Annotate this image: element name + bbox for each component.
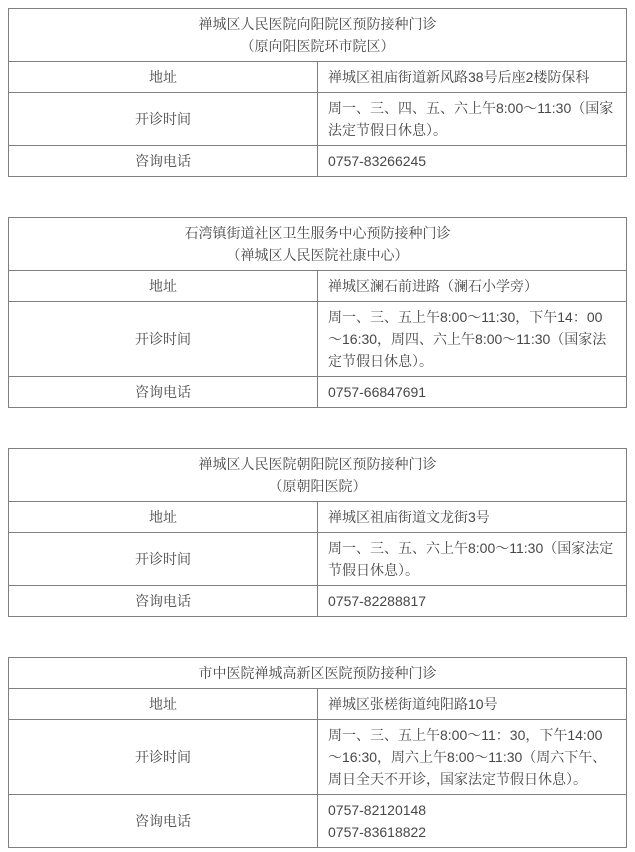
phone-value: 0757-83266245 — [318, 146, 627, 177]
phone-number: 0757-83618822 — [328, 821, 616, 843]
table-row: 咨询电话 0757-82288817 — [9, 586, 627, 617]
hours-label: 开诊时间 — [9, 533, 318, 586]
table-row: 咨询电话 0757-66847691 — [9, 377, 627, 408]
table-row: 地址 禅城区张槎街道纯阳路10号 — [9, 689, 627, 720]
clinic-table-chaoyang: 禅城区人民医院朝阳院区预防接种门诊 （原朝阳医院） 地址 禅城区祖庙街道文龙街3… — [8, 448, 627, 617]
clinic-title: 市中医院禅城高新区医院预防接种门诊 — [17, 662, 618, 684]
clinic-title: 禅城区人民医院朝阳院区预防接种门诊 — [17, 453, 618, 475]
hours-label: 开诊时间 — [9, 302, 318, 377]
phone-value: 0757-82120148 0757-83618822 — [318, 795, 627, 848]
table-row: 禅城区人民医院朝阳院区预防接种门诊 （原朝阳医院） — [9, 449, 627, 502]
clinic-subtitle: （原向阳医院环市院区） — [17, 35, 618, 57]
hours-label: 开诊时间 — [9, 93, 318, 146]
table-row: 市中医院禅城高新区医院预防接种门诊 — [9, 658, 627, 689]
phone-number: 0757-66847691 — [328, 381, 616, 403]
address-label: 地址 — [9, 271, 318, 302]
phone-label: 咨询电话 — [9, 377, 318, 408]
clinic-title: 禅城区人民医院向阳院区预防接种门诊 — [17, 13, 618, 35]
clinic-title-cell: 市中医院禅城高新区医院预防接种门诊 — [9, 658, 627, 689]
table-row: 咨询电话 0757-82120148 0757-83618822 — [9, 795, 627, 848]
hours-value: 周一、三、四、五、六上午8:00～11:30（国家法定节假日休息）。 — [318, 93, 627, 146]
clinic-table-shiwan: 石湾镇街道社区卫生服务中心预防接种门诊 （禅城区人民医院社康中心） 地址 禅城区… — [8, 217, 627, 408]
clinic-subtitle: （禅城区人民医院社康中心） — [17, 244, 618, 266]
table-row: 开诊时间 周一、三、五上午8:00～11:30，下午14：00～16:30，周四… — [9, 302, 627, 377]
phone-label: 咨询电话 — [9, 146, 318, 177]
hours-value: 周一、三、五上午8:00～11：30，下午14:00～16:30，周六上午8:0… — [318, 720, 627, 795]
phone-value: 0757-82288817 — [318, 586, 627, 617]
hours-value: 周一、三、五、六上午8:00～11:30（国家法定节假日休息）。 — [318, 533, 627, 586]
hours-value: 周一、三、五上午8:00～11:30，下午14：00～16:30，周四、六上午8… — [318, 302, 627, 377]
clinic-subtitle: （原朝阳医院） — [17, 475, 618, 497]
address-label: 地址 — [9, 502, 318, 533]
clinic-table-gaoxinqu: 市中医院禅城高新区医院预防接种门诊 地址 禅城区张槎街道纯阳路10号 开诊时间 … — [8, 657, 627, 848]
phone-number: 0757-82120148 — [328, 799, 616, 821]
phone-label: 咨询电话 — [9, 795, 318, 848]
table-row: 禅城区人民医院向阳院区预防接种门诊 （原向阳医院环市院区） — [9, 9, 627, 62]
table-row: 开诊时间 周一、三、四、五、六上午8:00～11:30（国家法定节假日休息）。 — [9, 93, 627, 146]
clinic-title-cell: 石湾镇街道社区卫生服务中心预防接种门诊 （禅城区人民医院社康中心） — [9, 218, 627, 271]
table-row: 咨询电话 0757-83266245 — [9, 146, 627, 177]
hours-label: 开诊时间 — [9, 720, 318, 795]
table-row: 地址 禅城区澜石前进路（澜石小学旁） — [9, 271, 627, 302]
vaccination-clinics-page: 禅城区人民医院向阳院区预防接种门诊 （原向阳医院环市院区） 地址 禅城区祖庙街道… — [0, 0, 635, 852]
table-row: 石湾镇街道社区卫生服务中心预防接种门诊 （禅城区人民医院社康中心） — [9, 218, 627, 271]
phone-value: 0757-66847691 — [318, 377, 627, 408]
address-value: 禅城区张槎街道纯阳路10号 — [318, 689, 627, 720]
address-label: 地址 — [9, 62, 318, 93]
address-label: 地址 — [9, 689, 318, 720]
address-value: 禅城区祖庙街道新风路38号后座2楼防保科 — [318, 62, 627, 93]
clinic-table-xiangyang: 禅城区人民医院向阳院区预防接种门诊 （原向阳医院环市院区） 地址 禅城区祖庙街道… — [8, 8, 627, 177]
table-row: 地址 禅城区祖庙街道新风路38号后座2楼防保科 — [9, 62, 627, 93]
address-value: 禅城区澜石前进路（澜石小学旁） — [318, 271, 627, 302]
clinic-title: 石湾镇街道社区卫生服务中心预防接种门诊 — [17, 222, 618, 244]
clinic-title-cell: 禅城区人民医院向阳院区预防接种门诊 （原向阳医院环市院区） — [9, 9, 627, 62]
table-row: 地址 禅城区祖庙街道文龙街3号 — [9, 502, 627, 533]
address-value: 禅城区祖庙街道文龙街3号 — [318, 502, 627, 533]
phone-label: 咨询电话 — [9, 586, 318, 617]
phone-number: 0757-82288817 — [328, 590, 616, 612]
clinic-title-cell: 禅城区人民医院朝阳院区预防接种门诊 （原朝阳医院） — [9, 449, 627, 502]
table-row: 开诊时间 周一、三、五上午8:00～11：30，下午14:00～16:30，周六… — [9, 720, 627, 795]
phone-number: 0757-83266245 — [328, 150, 616, 172]
table-row: 开诊时间 周一、三、五、六上午8:00～11:30（国家法定节假日休息）。 — [9, 533, 627, 586]
